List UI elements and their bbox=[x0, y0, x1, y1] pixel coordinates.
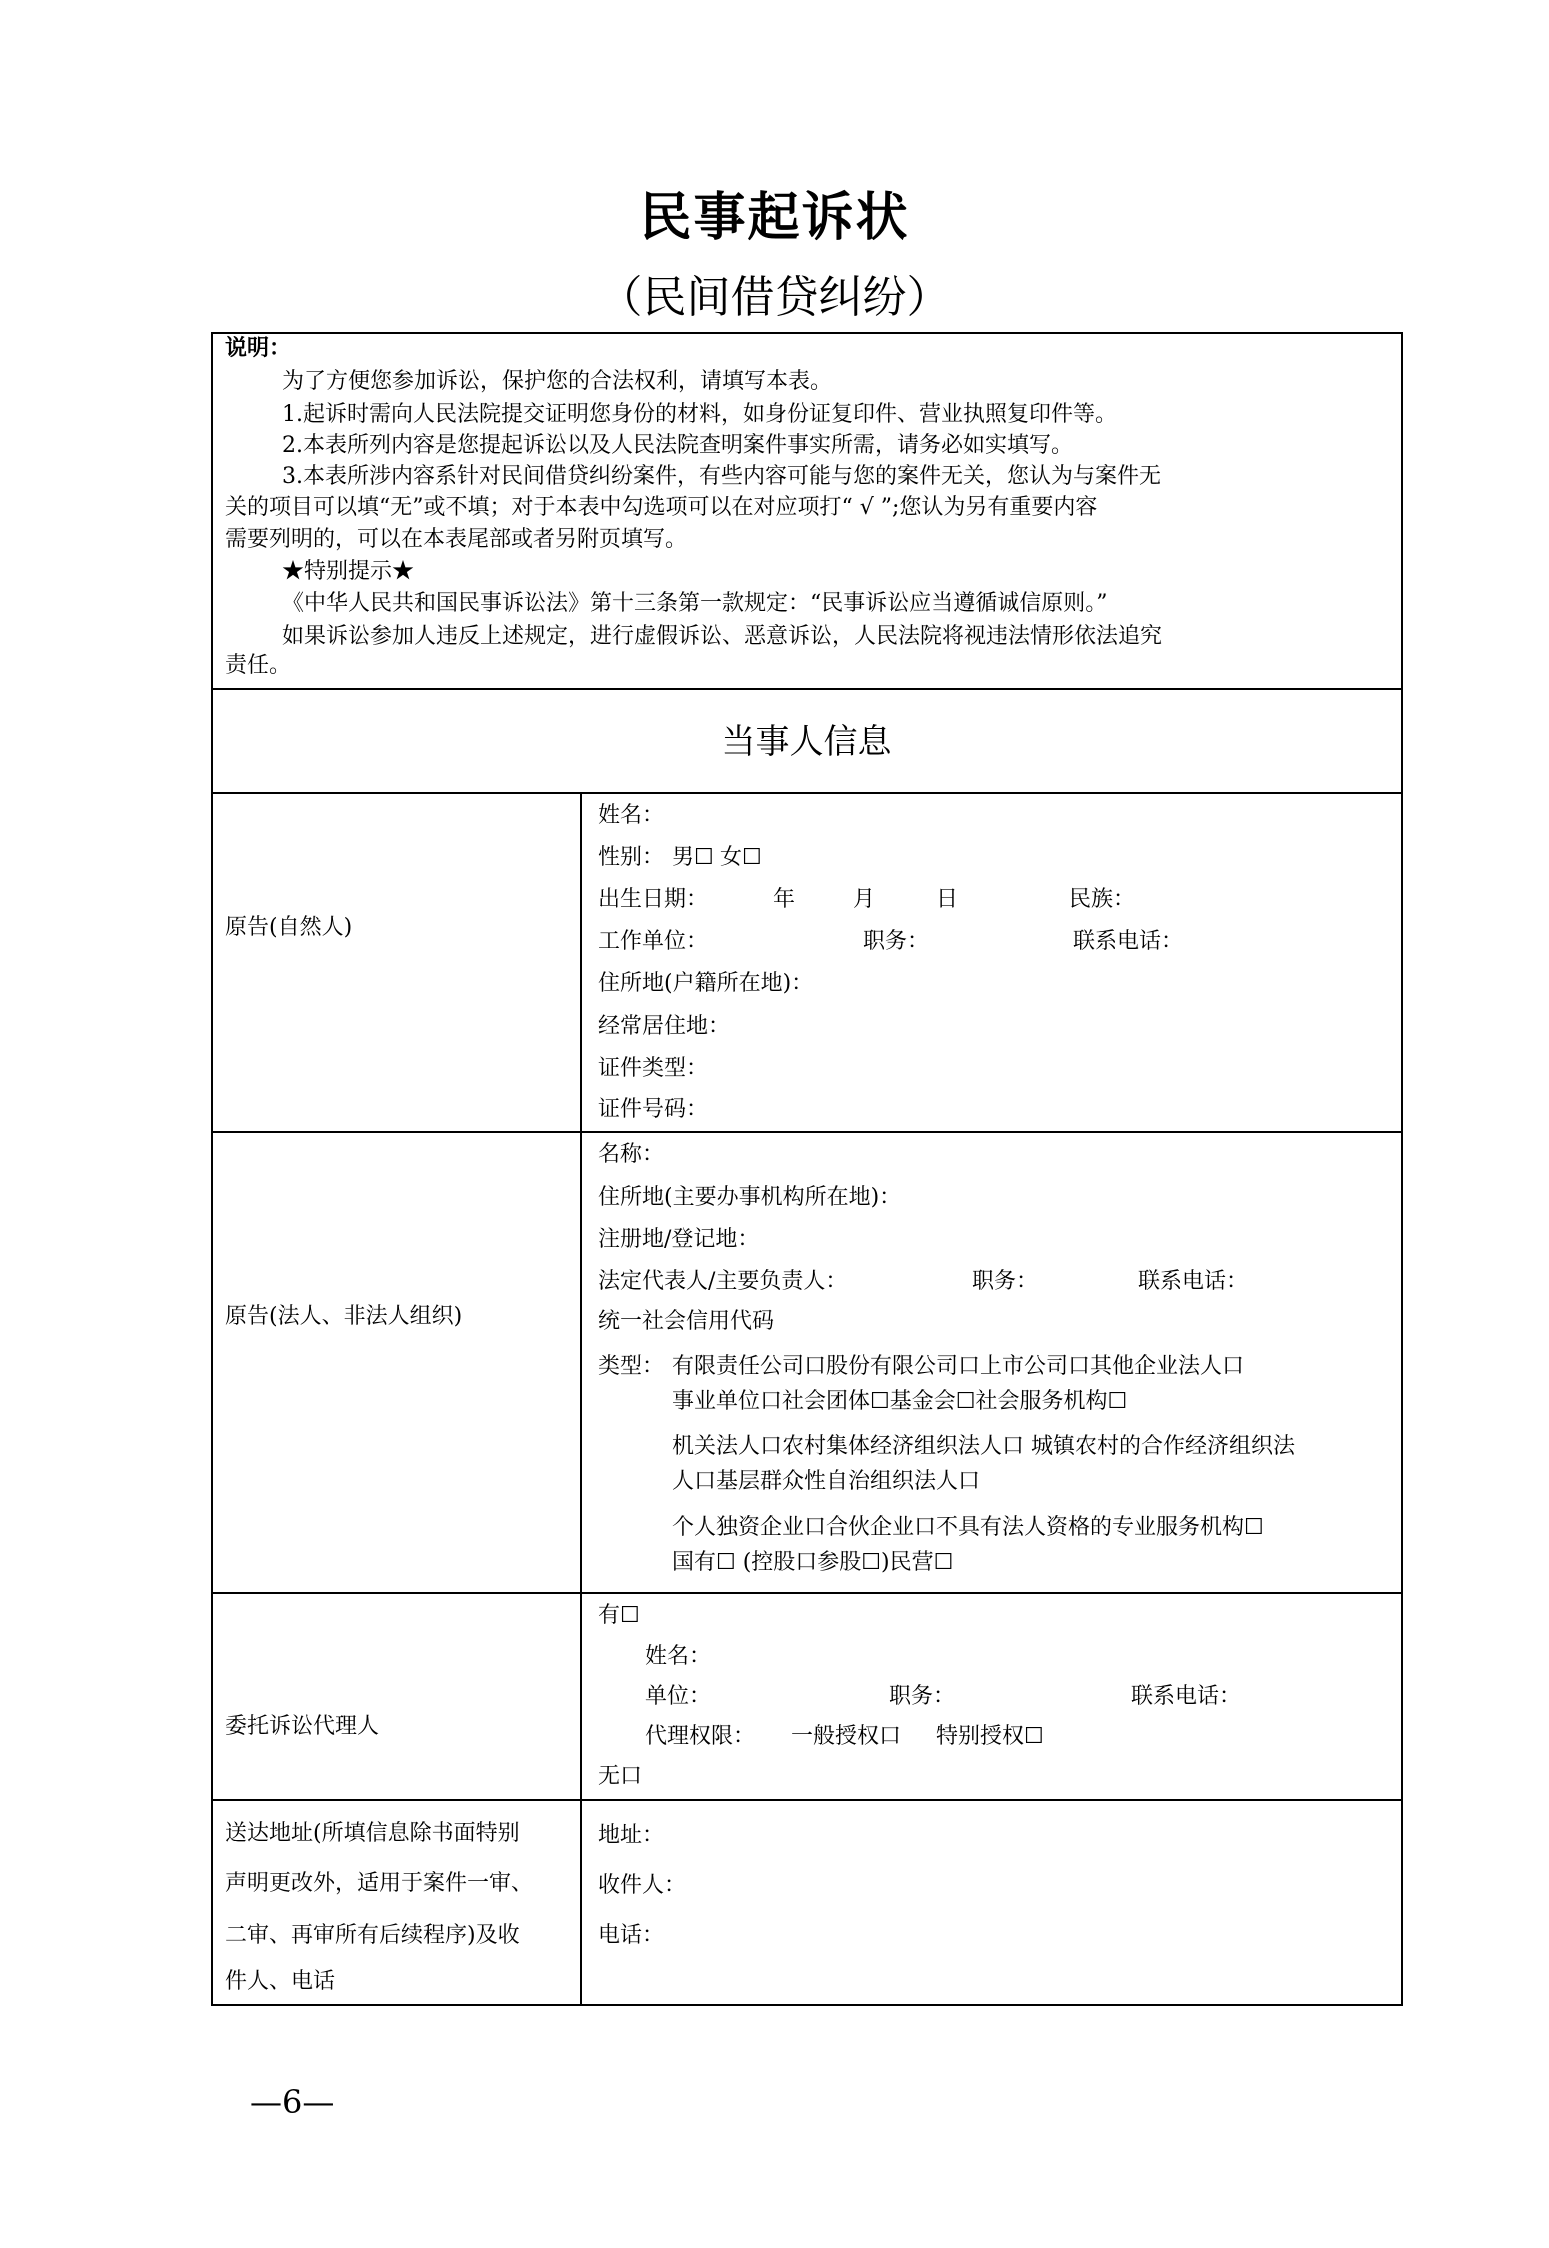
field-phone[interactable]: 联系电话： bbox=[1073, 928, 1183, 956]
notes-line: 如果诉讼参加人违反上述规定，进行虚假诉讼、恶意诉讼，人民法院将视违法情形依法追究 bbox=[282, 623, 1162, 651]
birth-month-label: 月 bbox=[853, 886, 875, 914]
field-agent-phone[interactable]: 联系电话： bbox=[1131, 1683, 1241, 1711]
field-id-number[interactable]: 证件号码： bbox=[598, 1096, 708, 1124]
org-type-options[interactable]: 机关法人口农村集体经济组织法人口 城镇农村的合作经济组织法 bbox=[672, 1433, 1295, 1461]
field-domicile[interactable]: 住所地(户籍所在地)： bbox=[598, 970, 813, 998]
field-org-representative[interactable]: 法定代表人/主要负责人： bbox=[598, 1268, 847, 1296]
field-birth-date[interactable]: 出生日期： bbox=[598, 886, 708, 914]
row-label-service-address: 二审、再审所有后续程序)及收 bbox=[225, 1922, 520, 1950]
table-border-left bbox=[211, 332, 213, 2006]
section-header-party-info: 当事人信息 bbox=[211, 722, 1402, 762]
field-work-unit[interactable]: 工作单位： bbox=[598, 928, 708, 956]
notes-line: 关的项目可以填“无”或不填；对于本表中勾选项可以在对应项打“ √ ”;您认为另有… bbox=[225, 494, 1097, 522]
org-type-options[interactable]: 国有☐ (控股口参股☐)民营☐ bbox=[672, 1549, 953, 1577]
row-label-plaintiff-org: 原告(法人、非法人组织) bbox=[225, 1303, 462, 1331]
field-org-credit-code[interactable]: 统一社会信用代码 bbox=[598, 1308, 774, 1336]
document-title: 民事起诉状 bbox=[0, 186, 1549, 250]
checkbox-gender-male[interactable]: 男☐ bbox=[672, 844, 714, 872]
checkbox-gender-female[interactable]: 女☐ bbox=[720, 844, 762, 872]
notes-line: 3.本表所涉内容系针对民间借贷纠纷案件，有些内容可能与您的案件无关，您认为与案件… bbox=[282, 463, 1161, 491]
field-name[interactable]: 姓名： bbox=[598, 802, 664, 830]
field-position[interactable]: 职务： bbox=[863, 928, 929, 956]
notes-line: 2.本表所列内容是您提起诉讼以及人民法院查明案件事实所需，请务必如实填写。 bbox=[282, 432, 1073, 460]
birth-day-label: 日 bbox=[936, 886, 958, 914]
row-label-plaintiff-natural: 原告(自然人) bbox=[225, 914, 352, 942]
field-residence[interactable]: 经常居住地： bbox=[598, 1013, 730, 1041]
notes-line: 《中华人民共和国民事诉讼法》第十三条第一款规定：“民事诉讼应当遵循诚信原则。” bbox=[282, 590, 1108, 618]
notes-line: 需要列明的，可以在本表尾部或者另附页填写。 bbox=[225, 526, 687, 554]
field-service-recipient[interactable]: 收件人： bbox=[598, 1872, 686, 1900]
org-type-options[interactable]: 个人独资企业口合伙企业口不具有法人资格的专业服务机构☐ bbox=[672, 1514, 1264, 1542]
field-org-position[interactable]: 职务： bbox=[972, 1268, 1038, 1296]
field-ethnicity[interactable]: 民族： bbox=[1069, 886, 1135, 914]
row-label-service-address: 送达地址(所填信息除书面特别 bbox=[225, 1820, 520, 1848]
field-org-domicile[interactable]: 住所地(主要办事机构所在地)： bbox=[598, 1184, 901, 1212]
field-id-type[interactable]: 证件类型： bbox=[598, 1055, 708, 1083]
notes-line: 为了方便您参加诉讼，保护您的合法权利，请填写本表。 bbox=[282, 368, 832, 396]
table-border-bottom bbox=[211, 2004, 1403, 2006]
field-service-phone[interactable]: 电话： bbox=[598, 1922, 664, 1950]
field-gender-label: 性别： bbox=[598, 844, 664, 872]
document-subtitle: （民间借贷纠纷） bbox=[0, 270, 1549, 326]
table-border-top bbox=[211, 332, 1403, 334]
notes-line: 1.起诉时需向人民法院提交证明您身份的材料，如身份证复印件、营业执照复印件等。 bbox=[282, 401, 1117, 429]
checkbox-agent-none[interactable]: 无口 bbox=[598, 1763, 642, 1791]
field-agent-position[interactable]: 职务： bbox=[889, 1683, 955, 1711]
field-org-name[interactable]: 名称： bbox=[598, 1141, 664, 1169]
divider-row-org bbox=[211, 1592, 1403, 1594]
notes-line: 责任。 bbox=[225, 652, 291, 680]
field-org-phone[interactable]: 联系电话： bbox=[1138, 1268, 1248, 1296]
field-service-address[interactable]: 地址： bbox=[598, 1822, 664, 1850]
org-type-label: 类型： bbox=[598, 1353, 664, 1381]
row-label-service-address: 声明更改外，适用于案件一审、 bbox=[225, 1870, 533, 1898]
agent-authority-label: 代理权限： bbox=[645, 1723, 755, 1751]
special-notice-heading: ★特别提示★ bbox=[282, 558, 414, 586]
birth-year-label: 年 bbox=[773, 886, 795, 914]
field-agent-unit[interactable]: 单位： bbox=[645, 1683, 711, 1711]
checkbox-agent-yes[interactable]: 有☐ bbox=[598, 1602, 640, 1630]
divider-section-header bbox=[211, 792, 1403, 794]
divider-row-agent bbox=[211, 1799, 1403, 1801]
checkbox-authority-general[interactable]: 一般授权口 bbox=[791, 1723, 901, 1751]
checkbox-authority-special[interactable]: 特别授权☐ bbox=[936, 1723, 1044, 1751]
org-type-options[interactable]: 事业单位口社会团体☐基金会☐社会服务机构☐ bbox=[672, 1388, 1127, 1416]
field-org-registered[interactable]: 注册地/登记地： bbox=[598, 1226, 759, 1254]
divider-row-natural bbox=[211, 1131, 1403, 1133]
field-agent-name[interactable]: 姓名： bbox=[645, 1643, 711, 1671]
org-type-options[interactable]: 有限责任公司口股份有限公司口上市公司口其他企业法人口 bbox=[672, 1353, 1244, 1381]
table-border-right bbox=[1401, 332, 1403, 2006]
row-label-service-address: 件人、电话 bbox=[225, 1968, 335, 1996]
org-type-options[interactable]: 人口基层群众性自治组织法人口 bbox=[672, 1468, 980, 1496]
divider-notes bbox=[211, 688, 1403, 690]
row-label-agent: 委托诉讼代理人 bbox=[225, 1713, 379, 1741]
notes-label: 说明： bbox=[225, 334, 291, 362]
page-number: —6— bbox=[250, 2082, 334, 2122]
column-divider bbox=[580, 792, 582, 2005]
